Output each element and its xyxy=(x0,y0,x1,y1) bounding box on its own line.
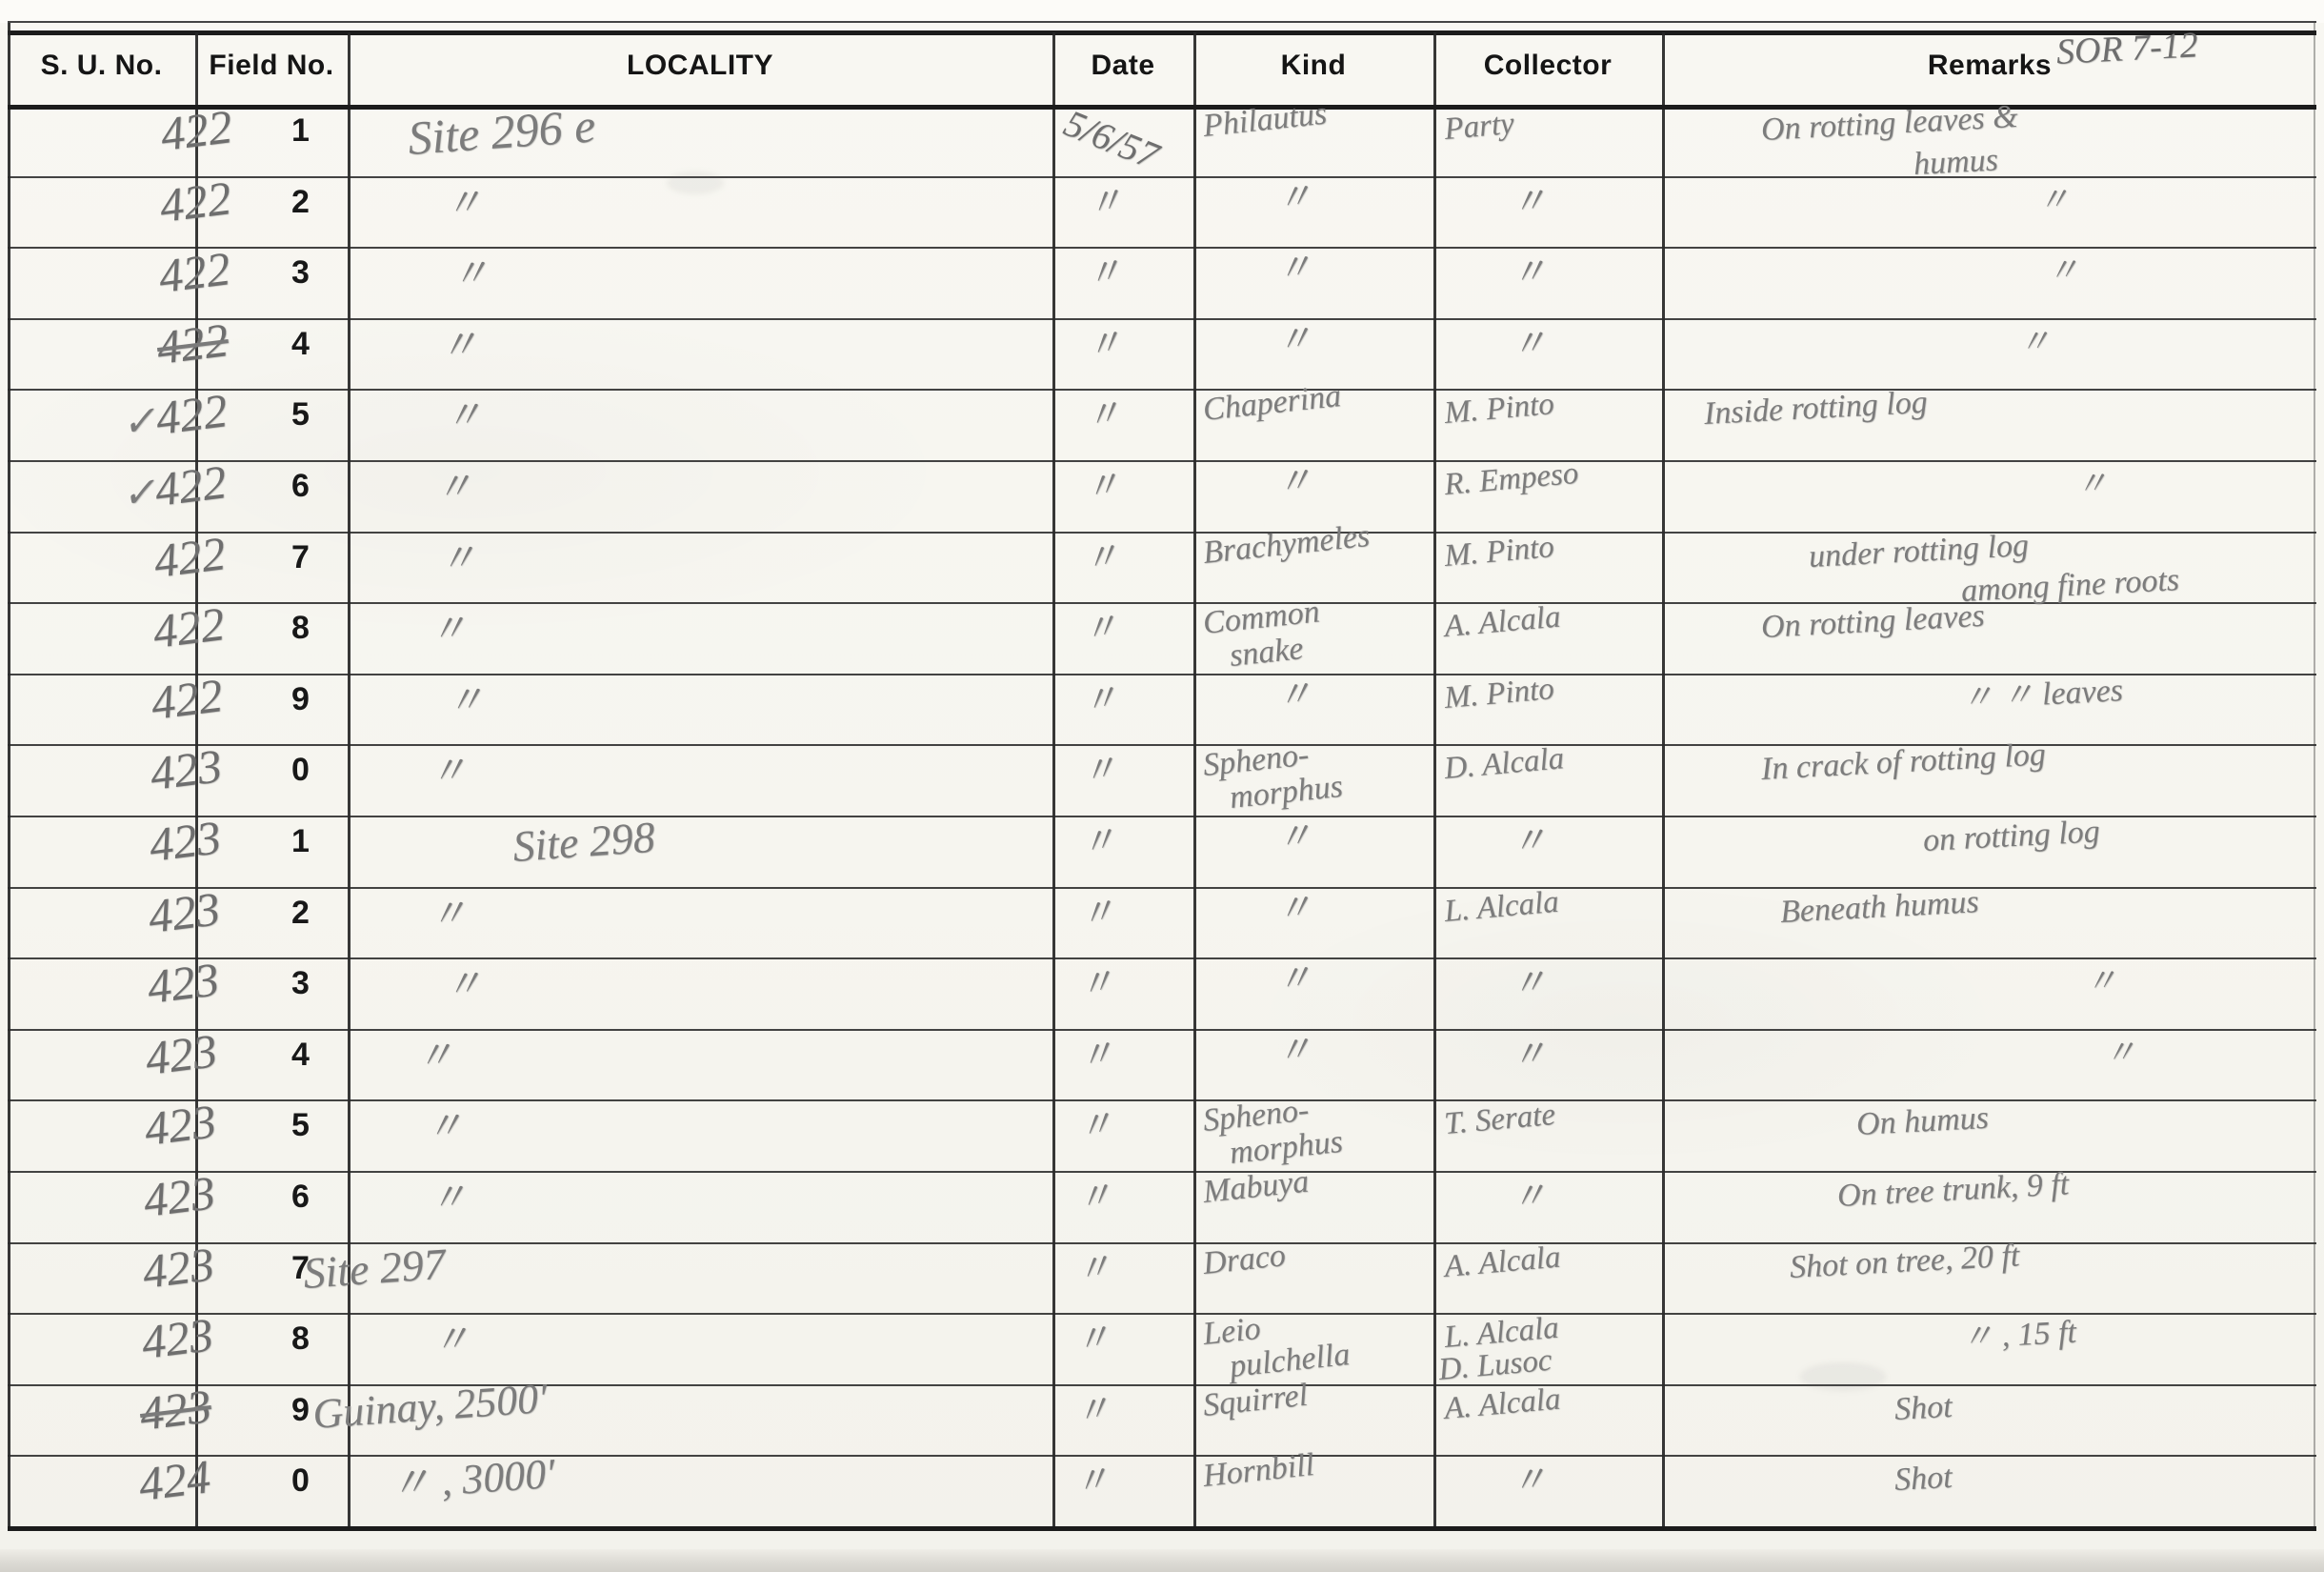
cell-collector: M. Pinto xyxy=(1443,532,1555,573)
cell-kind: Chaperina xyxy=(1201,380,1342,427)
field-number-hand: 422 xyxy=(156,244,233,300)
cell-collector: Party xyxy=(1443,109,1515,146)
cell-remarks: 〃 xyxy=(2074,468,2109,502)
field-number-hand: 423 xyxy=(145,955,222,1011)
grid-hline xyxy=(8,1313,2316,1315)
cell-date-ditto: 〃 xyxy=(1077,821,1119,863)
cell-kind: 〃 xyxy=(1274,1031,1314,1071)
column-header-kind: Kind xyxy=(1193,50,1433,82)
field-serial-digit: 6 xyxy=(291,468,310,505)
cell-kind: Draco xyxy=(1201,1239,1287,1280)
cell-remarks: 〃 〃 leaves xyxy=(1960,675,2123,715)
cell-locality-ditto: 〃 xyxy=(443,396,484,437)
field-number-hand: 422 xyxy=(152,457,230,514)
cell-date: 5/6/57 xyxy=(1059,104,1164,175)
cell-remarks: 〃 xyxy=(2017,326,2052,360)
cell-date-ditto: 〃 xyxy=(1072,1390,1113,1432)
field-serial-digit: 3 xyxy=(291,254,310,292)
field-number-hand: 422 xyxy=(153,387,230,443)
field-number-hand: 423 xyxy=(143,1026,220,1082)
field-serial-digit: 8 xyxy=(291,610,310,647)
cell-remarks: 〃 xyxy=(2103,1037,2137,1071)
field-serial-digit: 1 xyxy=(291,112,310,150)
cell-locality: 〃 , 3000′ xyxy=(388,1453,556,1506)
field-serial-digit: 4 xyxy=(291,1037,310,1074)
field-number-hand: 422 xyxy=(150,599,228,655)
grid-vline xyxy=(1433,32,1436,1526)
cell-date-ditto: 〃 xyxy=(1082,394,1124,436)
field-serial-digit: 6 xyxy=(291,1179,310,1216)
cell-remarks: In crack of rotting log xyxy=(1760,739,2046,787)
cell-date-ditto: 〃 xyxy=(1075,1035,1117,1077)
cell-locality-ditto: 〃 xyxy=(428,752,469,793)
cell-locality-ditto: 〃 xyxy=(443,964,484,1005)
field-number-hand: 423 xyxy=(147,813,224,869)
cell-remarks: among fine roots xyxy=(1960,564,2180,608)
field-serial-digit: 5 xyxy=(291,1107,310,1144)
cell-remarks: Inside rotting log xyxy=(1703,387,1928,431)
field-serial-digit: 2 xyxy=(291,895,310,932)
cell-collector: D. Alcala xyxy=(1443,744,1565,786)
field-serial-digit: 8 xyxy=(291,1320,310,1358)
cell-collector: A. Alcala xyxy=(1443,602,1562,644)
field-number-hand: 422 xyxy=(149,671,226,727)
cell-locality-ditto: 〃 xyxy=(428,1178,469,1219)
field-number-hand: 423 xyxy=(148,742,225,798)
cell-collector: 〃 xyxy=(1510,1178,1549,1217)
column-header-remarks: Remarks xyxy=(1662,50,2317,82)
pencil-smudge xyxy=(1800,1362,1886,1391)
checkmark: ✓ xyxy=(120,473,157,515)
cell-remarks: On rotting leaves xyxy=(1760,600,1985,644)
cell-date-ditto: 〃 xyxy=(1084,252,1126,294)
grid-hline xyxy=(8,674,2316,675)
cell-kind: 〃 xyxy=(1274,889,1314,929)
cell-kind: 〃 xyxy=(1274,320,1314,360)
cell-kind: 〃 xyxy=(1274,178,1314,218)
cell-locality: Site 296 e xyxy=(407,101,597,162)
column-header-date: Date xyxy=(1052,50,1193,82)
cell-remarks: Beneath humus xyxy=(1779,886,1979,929)
cell-date-ditto: 〃 xyxy=(1071,1461,1112,1502)
grid-vline xyxy=(348,32,351,1526)
cell-kind: snake xyxy=(1228,633,1305,673)
cell-locality-ditto: 〃 xyxy=(424,1107,465,1148)
field-number-hand: 422 xyxy=(157,173,234,230)
field-serial-digit: 4 xyxy=(291,326,310,363)
cell-date-ditto: 〃 xyxy=(1073,1177,1115,1219)
grid-hline xyxy=(8,389,2316,391)
grid-hline xyxy=(8,247,2316,249)
pencil-annotation-sor: SOR 7-12 xyxy=(2055,27,2199,71)
cell-collector: M. Pinto xyxy=(1443,389,1555,430)
field-serial-digit: 9 xyxy=(291,681,310,718)
cell-collector: 〃 xyxy=(1510,822,1549,861)
cell-date-ditto: 〃 xyxy=(1083,324,1125,366)
grid-vline xyxy=(1193,32,1196,1526)
grid-vline xyxy=(1052,32,1055,1526)
cell-locality-ditto: 〃 xyxy=(433,467,474,508)
field-number-hand: 422 xyxy=(154,315,231,372)
cell-collector: 〃 xyxy=(1510,1036,1549,1075)
grid-hline xyxy=(8,1455,2316,1457)
cell-locality-ditto: 〃 xyxy=(428,894,469,935)
cell-date-ditto: 〃 xyxy=(1077,893,1119,935)
cell-kind: 〃 xyxy=(1274,959,1314,999)
field-serial-digit: 7 xyxy=(291,539,310,576)
scan-top-margin xyxy=(0,0,2324,23)
field-serial-digit: 0 xyxy=(291,752,310,789)
grid-hline xyxy=(8,816,2316,817)
field-serial-digit: 0 xyxy=(291,1462,310,1500)
pencil-smudge xyxy=(667,171,724,194)
field-number-hand: 424 xyxy=(136,1453,213,1509)
cell-remarks: Shot xyxy=(1893,1461,1953,1497)
cell-remarks: humus xyxy=(1913,144,1998,181)
cell-kind: Brachymeles xyxy=(1201,519,1371,569)
cell-date-ditto: 〃 xyxy=(1080,608,1122,650)
field-serial-digit: 3 xyxy=(291,965,310,1002)
field-number-hand: 423 xyxy=(141,1168,218,1224)
field-number-hand: 423 xyxy=(146,884,223,940)
grid-vline xyxy=(1662,32,1665,1526)
field-serial-digit: 9 xyxy=(291,1392,310,1429)
field-number-hand: 423 xyxy=(139,1310,216,1366)
cell-collector: L. Alcala xyxy=(1443,886,1560,927)
cell-collector: 〃 xyxy=(1510,325,1549,364)
cell-locality-ditto: 〃 xyxy=(428,609,469,650)
cell-collector: 〃 xyxy=(1510,253,1549,292)
column-header-locality: LOCALITY xyxy=(348,50,1052,82)
cell-remarks: 〃 xyxy=(2046,254,2080,289)
cell-date-ditto: 〃 xyxy=(1076,963,1118,1005)
cell-remarks: under rotting log xyxy=(1808,530,2030,574)
cell-locality-ditto: 〃 xyxy=(437,538,478,579)
cell-date-ditto: 〃 xyxy=(1081,537,1123,579)
grid-hline xyxy=(8,1029,2316,1031)
cell-collector: 〃 xyxy=(1510,1461,1549,1501)
top-rule-thin xyxy=(8,21,2316,23)
field-number-hand: 422 xyxy=(158,102,235,158)
cell-date-ditto: 〃 xyxy=(1074,1105,1116,1147)
cell-kind: Leio xyxy=(1201,1313,1262,1351)
cell-date-ditto: 〃 xyxy=(1078,750,1120,792)
grid-hline xyxy=(8,318,2316,320)
cell-locality-ditto: 〃 xyxy=(443,183,484,224)
cell-locality-ditto: 〃 xyxy=(450,253,491,294)
column-header-collector: Collector xyxy=(1433,50,1662,82)
field-serial-digit: 2 xyxy=(291,184,310,221)
cell-collector: D. Lusoc xyxy=(1437,1345,1553,1386)
cell-collector: M. Pinto xyxy=(1443,674,1555,715)
cell-kind: Mabuya xyxy=(1201,1166,1310,1209)
top-rule-thick xyxy=(8,30,2316,35)
cell-collector: 〃 xyxy=(1510,964,1549,1003)
field-serial-digit: 5 xyxy=(291,396,310,433)
cell-date-ditto: 〃 xyxy=(1085,182,1127,224)
cell-locality-ditto: 〃 xyxy=(414,1036,455,1077)
cell-remarks: 〃 xyxy=(2036,184,2071,218)
cell-kind: 〃 xyxy=(1274,249,1314,289)
cell-date-ditto: 〃 xyxy=(1072,1319,1114,1360)
field-number-hand: 422 xyxy=(151,529,229,585)
cell-kind: 〃 xyxy=(1274,462,1314,502)
grid-hline xyxy=(8,1384,2316,1386)
cell-locality: Site 297 xyxy=(302,1241,447,1295)
cell-collector: T. Serate xyxy=(1443,1099,1556,1140)
cell-locality: Site 298 xyxy=(511,816,656,869)
cell-kind: 〃 xyxy=(1274,675,1314,715)
column-header-su-no: S. U. No. xyxy=(8,50,195,82)
cell-date-ditto: 〃 xyxy=(1081,466,1123,508)
field-number-hand: 423 xyxy=(140,1239,217,1296)
cell-remarks: Shot xyxy=(1893,1391,1953,1426)
cell-remarks: 〃 , 15 ft xyxy=(1960,1317,2077,1355)
cell-remarks: on rotting log xyxy=(1922,816,2100,857)
grid-hline xyxy=(8,957,2316,959)
cell-collector: A. Alcala xyxy=(1443,1241,1562,1283)
column-header-field-no: Field No. xyxy=(195,50,348,82)
cell-remarks: On humus xyxy=(1855,1102,1989,1141)
grid-hline xyxy=(8,460,2316,462)
scan-bottom-edge xyxy=(0,1549,2324,1572)
cell-locality-ditto: 〃 xyxy=(437,325,480,368)
cell-remarks: 〃 xyxy=(2084,965,2118,999)
cell-kind: 〃 xyxy=(1274,817,1314,857)
field-serial-digit: 1 xyxy=(291,823,310,860)
grid-hline xyxy=(8,1526,2316,1531)
cell-locality-ditto: 〃 xyxy=(445,680,486,721)
cell-remarks: On tree trunk, 9 ft xyxy=(1836,1168,2070,1213)
field-number-hand: 423 xyxy=(142,1098,219,1154)
cell-collector: A. Alcala xyxy=(1443,1383,1562,1425)
ledger-card: S. U. No. Field No. LOCALITY Date Kind C… xyxy=(0,0,2324,1572)
cell-collector: 〃 xyxy=(1510,182,1549,221)
cell-collector: R. Empeso xyxy=(1443,458,1579,501)
field-number-hand: 423 xyxy=(137,1381,214,1438)
cell-remarks: Shot on tree, 20 ft xyxy=(1789,1239,2020,1284)
cell-date-ditto: 〃 xyxy=(1079,679,1121,721)
cell-locality-ditto: 〃 xyxy=(431,1320,471,1360)
cell-date-ditto: 〃 xyxy=(1073,1248,1115,1290)
checkmark: ✓ xyxy=(120,401,157,444)
cell-kind: Hornbill xyxy=(1201,1449,1315,1493)
